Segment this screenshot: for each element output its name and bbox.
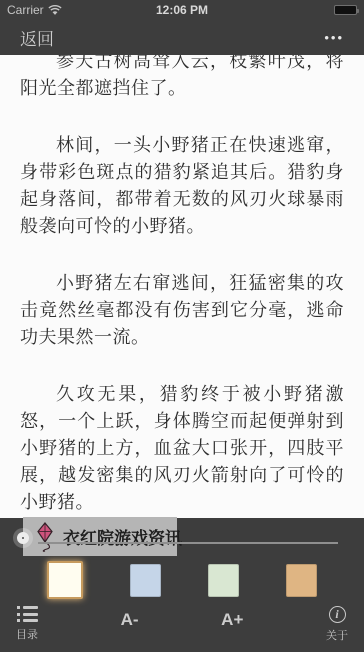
- paragraph: 久攻无果，猎豹终于被小野猪激怒，一个上跃，身体腾空而起便弹射到小野猪的上方，血盆…: [20, 381, 344, 516]
- reading-area[interactable]: 参天古树高耸入云，枝繁叶茂，将阳光全都遮挡住了。林间，一头小野猪正在快速逃窜，身…: [0, 55, 364, 518]
- wifi-icon: [48, 5, 62, 16]
- toc-list-icon: [17, 606, 38, 622]
- font-larger-button[interactable]: A+: [221, 610, 243, 638]
- status-bar: Carrier 12:06 PM: [0, 0, 364, 20]
- top-chrome: Carrier 12:06 PM 返回 •••: [0, 0, 364, 55]
- bottom-toolbar: 目录 A- A+ i 关于: [0, 602, 364, 652]
- theme-swatch-tan[interactable]: [286, 564, 317, 597]
- theme-swatch-green[interactable]: [208, 564, 239, 597]
- ad-banner-label: 衣红院游戏资讯: [63, 524, 182, 549]
- clock: 12:06 PM: [117, 3, 247, 17]
- paragraph: 林间，一头小野猪正在快速逃窜，身带彩色斑点的猎豹紧追其后。猎豹身起身落间，都带着…: [20, 132, 344, 240]
- progress-slider-knob[interactable]: [17, 532, 29, 544]
- reader-settings-panel: 衣红院游戏资讯 目录 A- A+ i 关于: [0, 518, 364, 652]
- info-icon: i: [329, 606, 346, 623]
- paragraph: 小野猪左右窜逃间，狂猛密集的攻击竟然丝毫都没有伤害到它分毫，逃命功夫果然一流。: [20, 270, 344, 351]
- carrier-label: Carrier: [7, 3, 44, 17]
- battery-icon: [334, 5, 357, 15]
- about-button[interactable]: i 关于: [326, 606, 348, 643]
- kite-icon: [35, 522, 55, 552]
- ad-banner[interactable]: 衣红院游戏资讯: [23, 517, 177, 556]
- nav-bar: 返回 •••: [0, 20, 364, 55]
- back-button[interactable]: 返回: [20, 25, 54, 50]
- theme-swatch-cream[interactable]: [47, 561, 83, 599]
- toc-button[interactable]: 目录: [16, 606, 38, 642]
- paragraph: 参天古树高耸入云，枝繁叶茂，将阳光全都遮挡住了。: [20, 55, 344, 102]
- reader-app: Carrier 12:06 PM 返回 ••• 参天古树高耸入云，枝繁叶茂，将阳…: [0, 0, 364, 652]
- progress-slider-track[interactable]: [38, 542, 338, 544]
- more-menu-button[interactable]: •••: [324, 31, 344, 44]
- font-smaller-button[interactable]: A-: [121, 610, 139, 638]
- theme-swatches: [0, 560, 364, 600]
- reader-content: 参天古树高耸入云，枝繁叶茂，将阳光全都遮挡住了。林间，一头小野猪正在快速逃窜，身…: [0, 55, 364, 516]
- toc-label: 目录: [16, 626, 38, 642]
- theme-swatch-blue[interactable]: [130, 564, 161, 597]
- about-label: 关于: [326, 627, 348, 643]
